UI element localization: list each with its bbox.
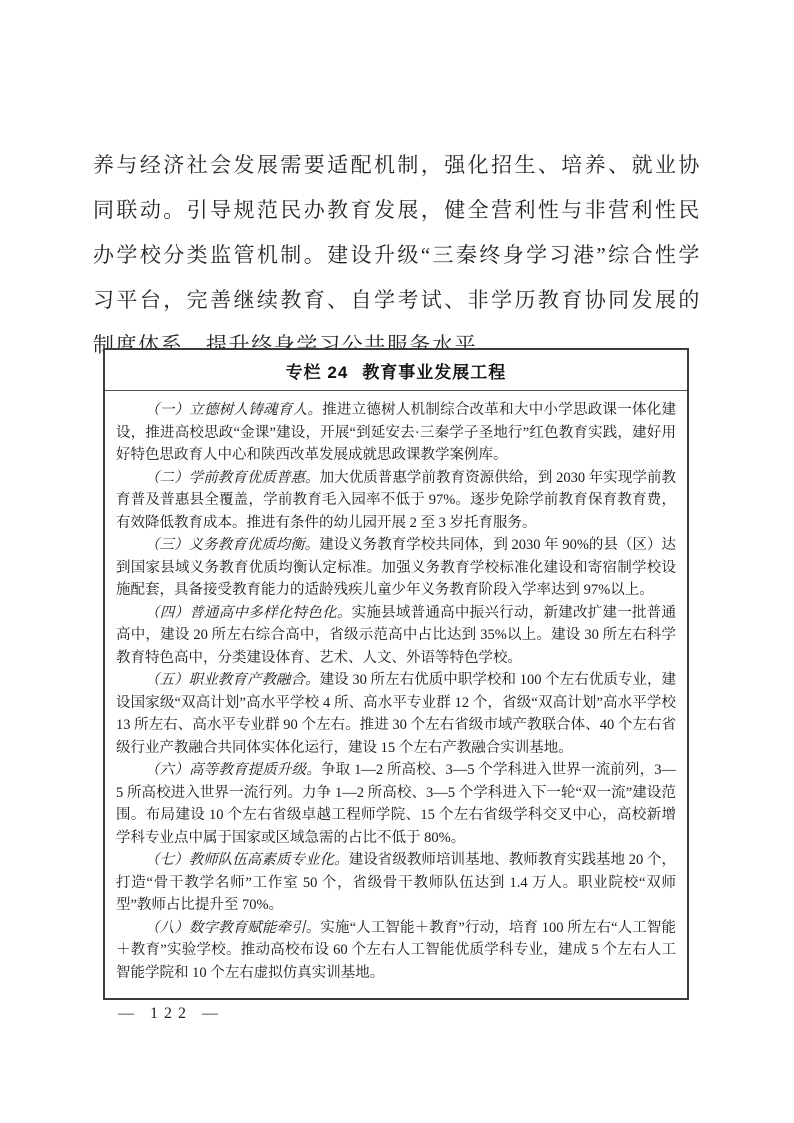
box-item-8-lead: （八）数字教育赋能牵引。 xyxy=(145,920,320,936)
box-item-5-lead: （五）职业教育产教融合。 xyxy=(145,672,320,688)
box-item-7-lead: （七）教师队伍高素质专业化。 xyxy=(145,852,349,868)
box-item-7: （七）教师队伍高素质专业化。建设省级教师培训基地、教师教育实践基地 20 个，打… xyxy=(116,849,676,917)
page-number: — 122 — xyxy=(118,1005,224,1023)
feature-box-title-label: 专栏 24 xyxy=(286,363,349,382)
box-item-5: （五）职业教育产教融合。建设 30 所左右优质中职学校和 100 个左右优质专业… xyxy=(116,669,676,759)
box-item-8: （八）数字教育赋能牵引。实施“人工智能＋教育”行动，培育 100 所左右“人工智… xyxy=(116,917,676,985)
box-item-2: （二）学前教育优质普惠。加大优质普惠学前教育资源供给，到 2030 年实现学前教… xyxy=(116,467,676,535)
box-item-6: （六）高等教育提质升级。争取 1—2 所高校、3—5 个学科进入世界一流前列，3… xyxy=(116,759,676,849)
box-item-1: （一）立德树人铸魂育人。推进立德树人机制综合改革和大中小学思政课一体化建设，推进… xyxy=(116,399,676,467)
feature-box-title: 专栏 24教育事业发展工程 xyxy=(105,350,687,391)
feature-box-body: （一）立德树人铸魂育人。推进立德树人机制综合改革和大中小学思政课一体化建设，推进… xyxy=(105,391,687,998)
document-page: 养与经济社会发展需要适配机制，强化招生、培养、就业协同联动。引导规范民办教育发展… xyxy=(0,0,794,1123)
feature-box-title-text: 教育事业发展工程 xyxy=(362,363,506,382)
box-item-3: （三）义务教育优质均衡。建设义务教育学校共同体，到 2030 年 90%的县（区… xyxy=(116,534,676,602)
feature-box: 专栏 24教育事业发展工程 （一）立德树人铸魂育人。推进立德树人机制综合改革和大… xyxy=(103,348,689,1000)
box-item-1-lead: （一）立德树人铸魂育人。 xyxy=(145,402,322,418)
box-item-6-lead: （六）高等教育提质升级。 xyxy=(145,762,321,778)
box-item-2-lead: （二）学前教育优质普惠。 xyxy=(145,470,320,486)
intro-paragraph: 养与经济社会发展需要适配机制，强化招生、培养、就业协同联动。引导规范民办教育发展… xyxy=(93,143,701,368)
box-item-4-lead: （四）普通高中多样化特色化。 xyxy=(145,605,352,621)
box-item-3-lead: （三）义务教育优质均衡。 xyxy=(145,537,319,553)
box-item-4: （四）普通高中多样化特色化。实施县域普通高中振兴行动，新建改扩建一批普通高中，建… xyxy=(116,602,676,670)
